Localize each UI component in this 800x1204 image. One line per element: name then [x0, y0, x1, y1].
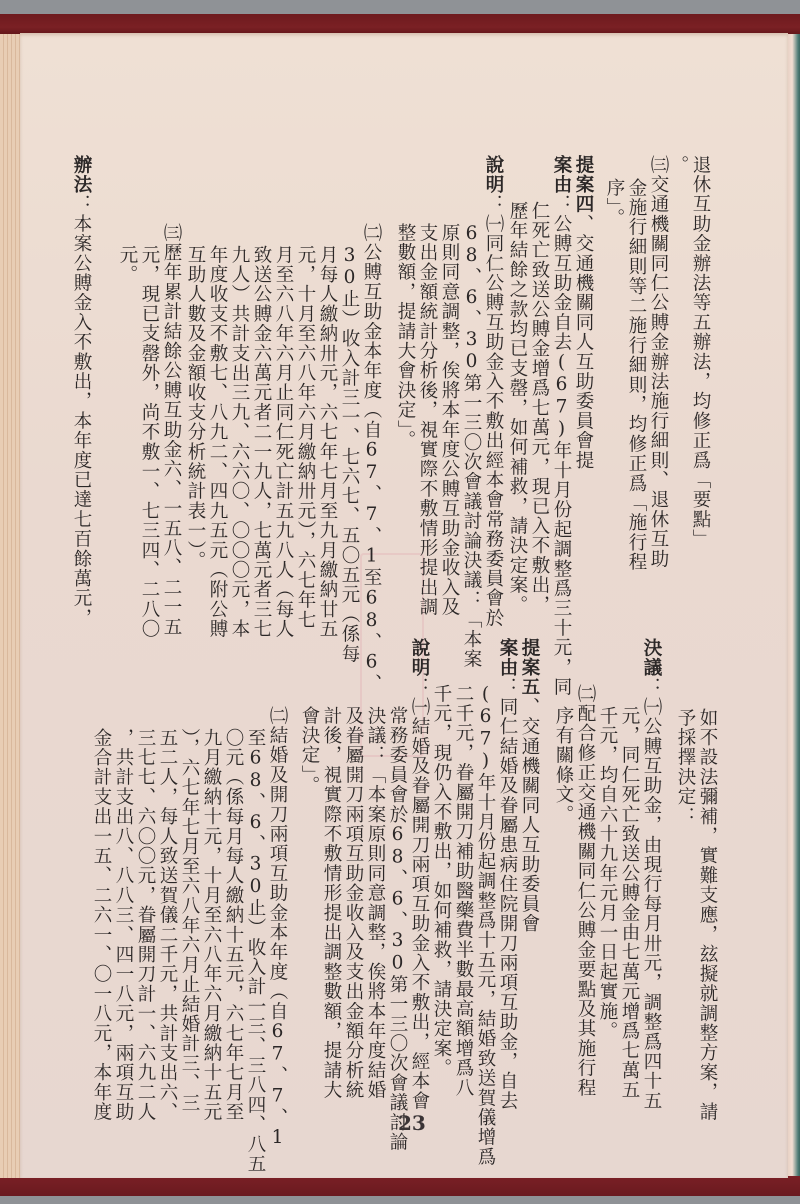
text-column: ），六七年七月至六八年六月止結婚計三、三: [178, 728, 200, 1113]
proposal-5-title: 提案五、交通機關同人互助委員會: [518, 638, 540, 934]
proposal-5-explanation: 說明：㈠結婚及眷屬開刀兩項互助金入不敷出，經本會: [408, 638, 430, 1111]
page-number: 23: [398, 1111, 426, 1135]
text-column: 30止）收入計三一、七六七、五〇五元（係每: [338, 245, 360, 664]
proposal-4-title: 提案四、交通機關同人互助委員會提: [572, 155, 594, 470]
text-column: 九月繳納十元，十月至六八年六月繳納十五元: [200, 728, 222, 1122]
proposal-5-reason: 案由：同仁結婚及眷屬患病住院開刀兩項互助金，自去: [496, 638, 518, 1111]
text-column: 元，同仁死亡致送公賻金由七萬元增爲七萬五: [618, 706, 640, 1100]
text-column: 予採擇決定：: [674, 708, 696, 826]
proposal-4-reason: 案由：公賻互助金自去(67)年十月份起調整爲三十元，同: [550, 155, 572, 697]
book-spine-edge: [787, 34, 800, 1176]
page-stack-edge: [0, 34, 22, 1178]
text-column: (67)年十月份起調整爲十五元，結婚致送賀儀增爲: [474, 684, 496, 1167]
text-column: 整數額，提請大會決定」。: [394, 223, 416, 450]
text-column: ㈡結婚及開刀兩項互助金本年度（自67、7、1: [266, 706, 288, 1149]
text-column: 致送公賻金六萬元者二一九人，七萬元者三七: [250, 245, 272, 639]
text-column: 三七七、六〇〇元，眷屬開刀計一、六九二人: [134, 728, 156, 1122]
text-column: 五二人，每人致送賀儀二千元，共計支出六、: [156, 728, 178, 1122]
text-column: 月至六八年六月止同仁死亡計五九八人（每人: [272, 245, 294, 639]
text-column: 〇元（係每月每人繳納十五元，六七年七月至: [222, 728, 244, 1122]
text-column: 月每人繳納卅元，六七年七月至九月繳納廿五: [316, 245, 338, 639]
text-column: 會決定」。: [298, 706, 320, 795]
text-column: 如不設法彌補，實難支應，玆擬就調整方案，請: [696, 708, 718, 1122]
book-cover-bottom-edge: [0, 1176, 800, 1196]
text-column: 金施行細則等二施行細則，均修正爲「施行程: [625, 178, 647, 572]
text-column: 金合計支出一五、二六一、〇一八元，本年度: [90, 728, 112, 1122]
text-column: 歷年結餘之款均已支罄，如何補救，請決定案。: [506, 201, 528, 615]
text-column: 。: [667, 155, 689, 175]
text-column: 元，現已支罄外，尚不敷一、七三四、二八〇: [138, 245, 160, 639]
text-column: 序有關條文。: [552, 706, 574, 824]
text-column: 原則同意調整，俟將本年度公賻互助金收入及: [438, 223, 460, 617]
text-column: 仁死亡致送公賻金增爲七萬元，現已入不敷出，: [528, 201, 550, 615]
text-column: 千元，均自六十九年元月一日起實施。: [596, 706, 618, 1041]
text-column: 退休互助金辦法等五辦法，均修正爲「要點」: [689, 155, 711, 549]
text-column: 年度收支不敷七、八九二、四九五元（附公賻: [206, 245, 228, 639]
text-column: ㈡配合修正交通機關同仁公賻金要點及其施行程: [574, 684, 596, 1098]
text-column: 決議：「本案原則同意調整，俟將本年度結婚: [364, 706, 386, 1100]
text-column: ㈢交通機關同仁公賻金辦法施行細則、退休互助: [647, 155, 669, 569]
text-column: 及眷屬開刀兩項互助金收入及支出金額分析統: [342, 706, 364, 1100]
text-column: ，共計支出八、八八三、四一八元，兩項互助: [112, 728, 134, 1122]
text-column: 支出金額統計分析後，視實際不敷情形提出調: [416, 223, 438, 617]
resolution-4: 決議：㈠公賻互助金，由現行每月卅元，調整爲四十五: [640, 638, 662, 1111]
text-column: 元。: [116, 245, 138, 284]
text-column: 元，十月至六八年六月繳納卅元），六七年七: [294, 245, 316, 630]
text-column: 二千元，眷屬開刀補助醫藥費半數最高額增爲八: [452, 684, 474, 1098]
proposal-4-method: 辦法：本案公賻金入不敷出，本年度已達七百餘萬元，: [70, 155, 92, 628]
text-column: 至68、6、30止）收入計一三、三八四、八五: [244, 728, 266, 1174]
text-column: ㈢歷年累計結餘公賻互助金六、一五八、二一五: [160, 223, 182, 637]
text-column: 序」。: [603, 178, 625, 228]
text-column: 九人）共計支出三九、六六〇、〇〇〇元，本: [228, 245, 250, 639]
text-column: 計後，視實際不敷情形提出調整數額，提請大: [320, 706, 342, 1100]
text-column: 68、6、30第一三〇次會議討論決議：「本案: [460, 223, 482, 669]
text-column: 千元，現仍入不敷出，如何補救，請決定案。: [430, 684, 452, 1078]
proposal-4-explanation: 說明：㈠同仁公賻互助金入不敷出經本會常務委員會於: [482, 155, 504, 628]
text-column: 常務委員會於68、6、30第一三〇次會議討論: [386, 706, 408, 1152]
text-column: 互助人數及金額收支分析統計表一）。: [184, 245, 206, 571]
document-page: 退休互助金辦法等五辦法，均修正爲「要點」 。 ㈢交通機關同仁公賻金辦法施行細則、…: [20, 33, 788, 1178]
text-column: ㈡公賻互助金本年度（自67、7、1至68、6、: [360, 223, 382, 694]
